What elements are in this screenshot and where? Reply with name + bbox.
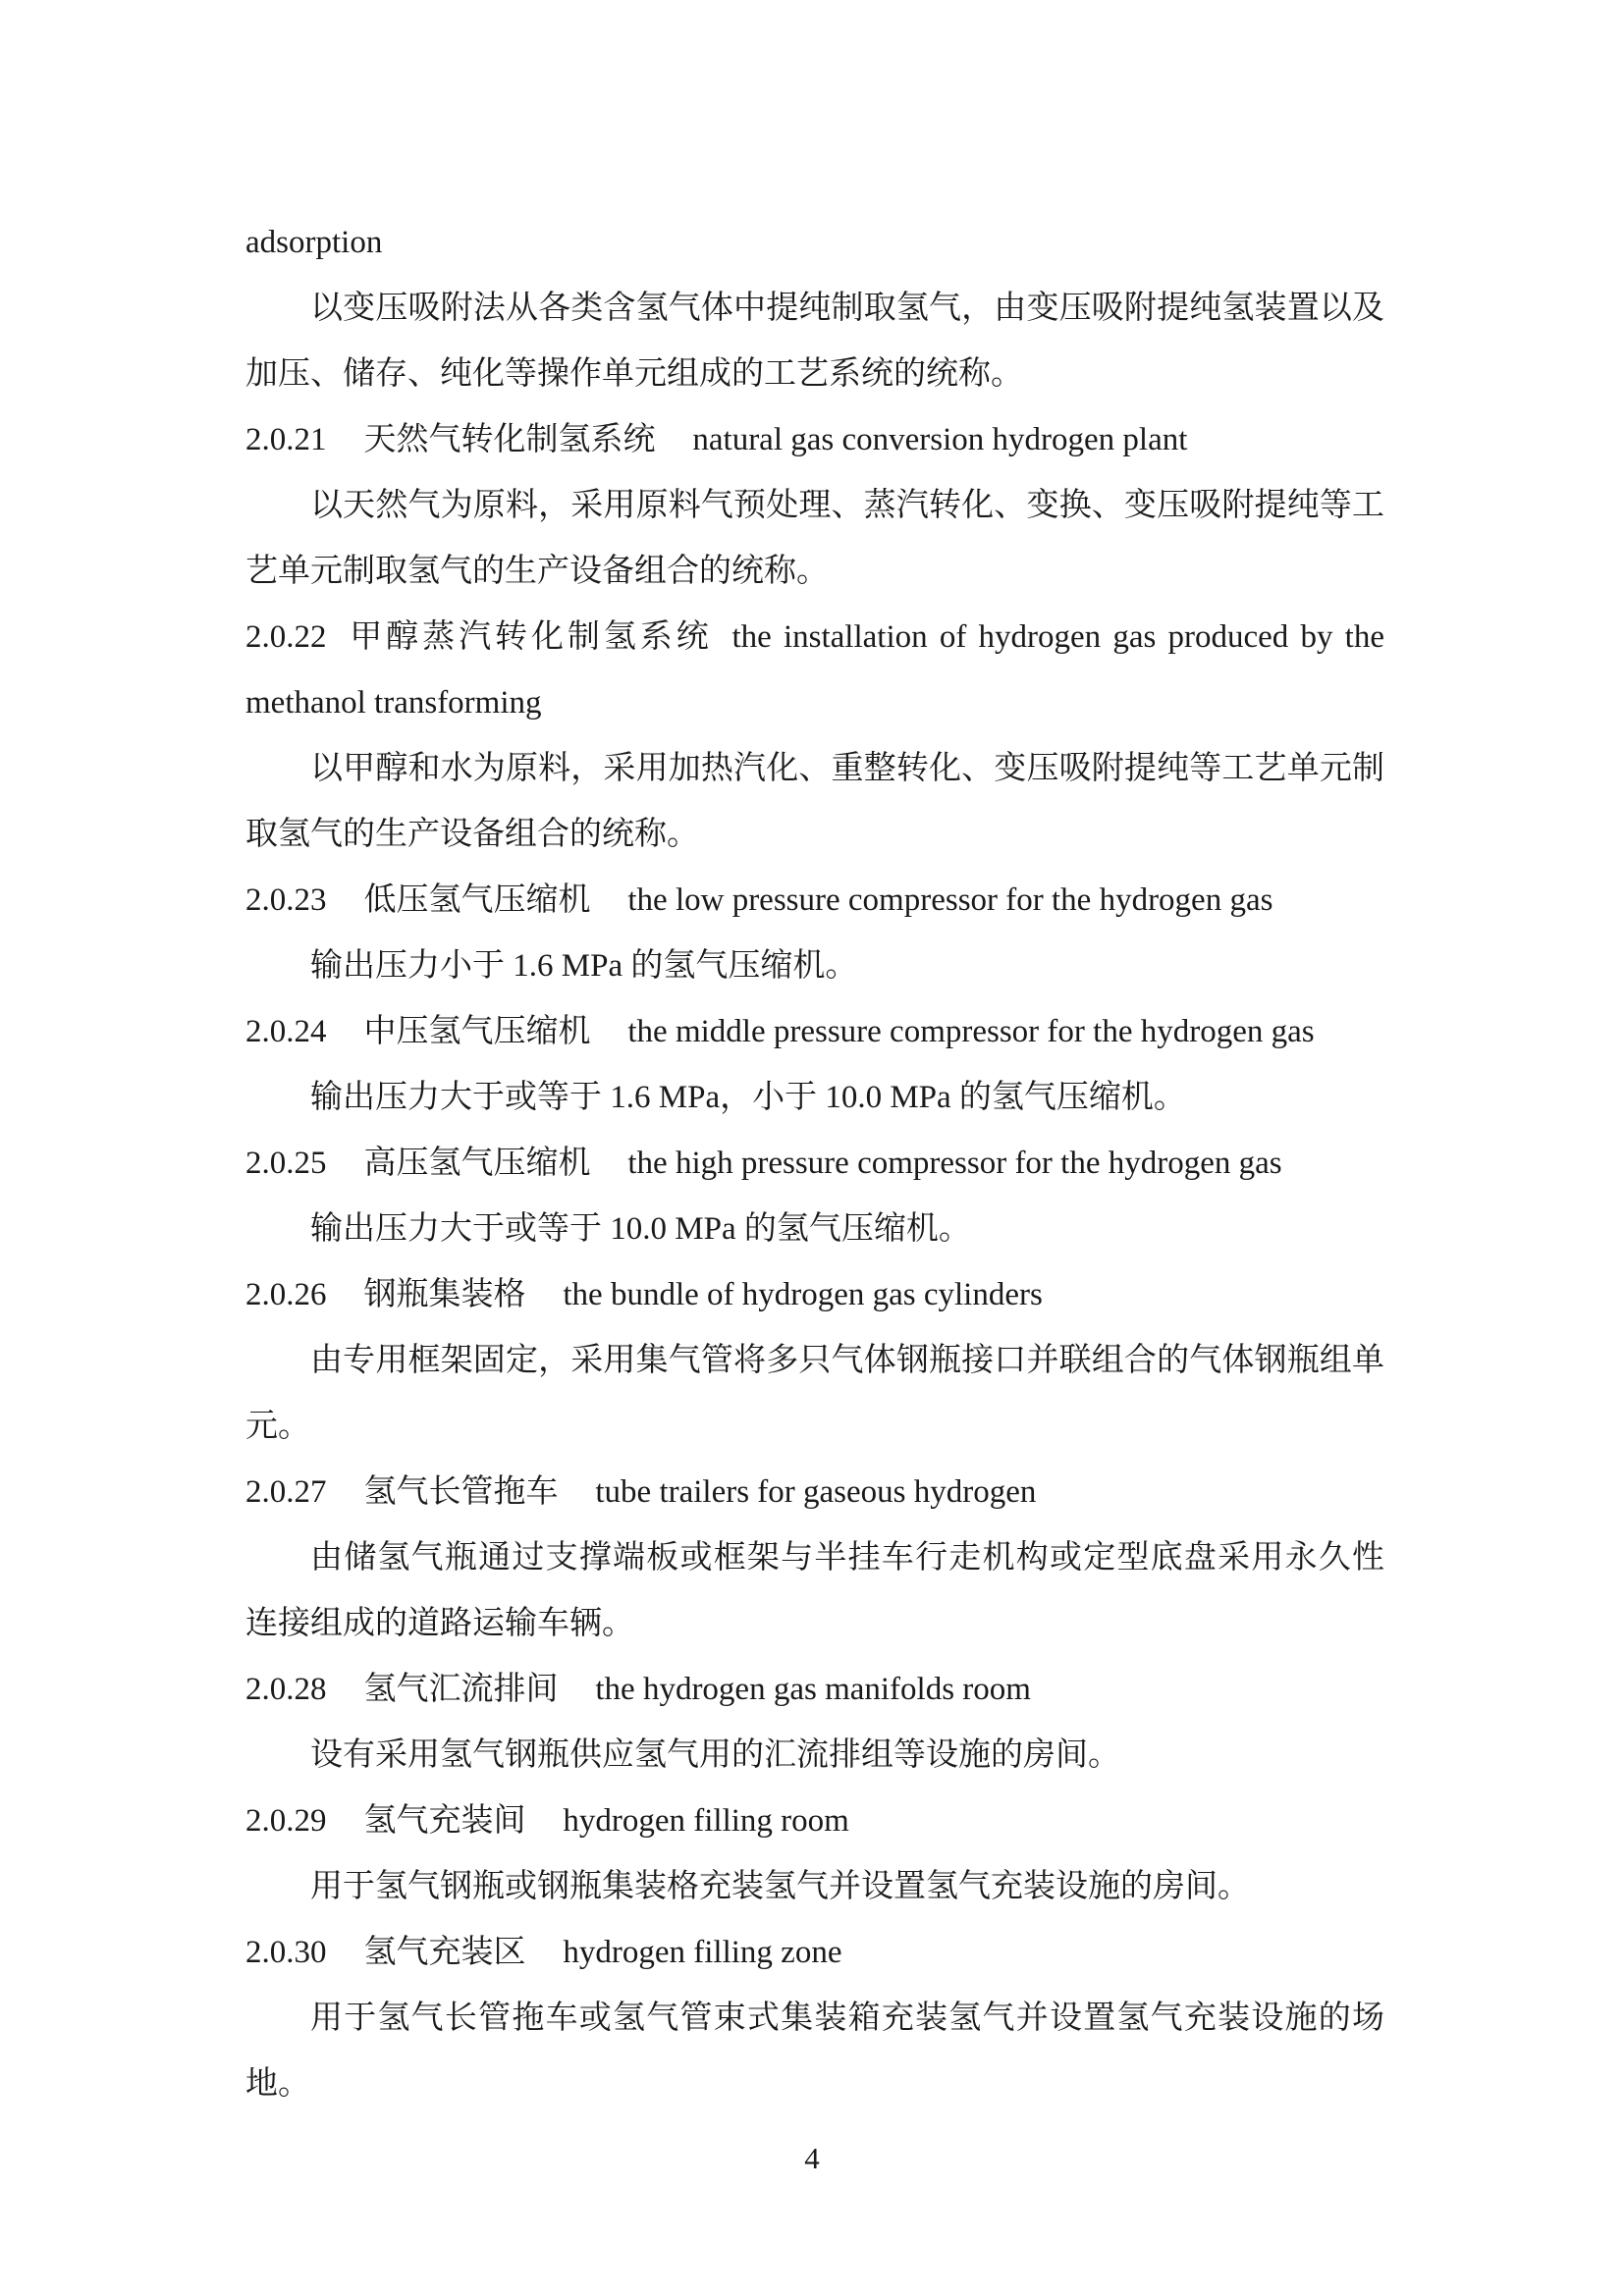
term-line: 2.0.29氢气充装间hydrogen filling room [245, 1789, 1384, 1854]
document-page: adsorption 以变压吸附法从各类含氢气体中提纯制取氢气，由变压吸附提纯氢… [0, 0, 1624, 2296]
term-number: 2.0.28 [245, 1672, 327, 1707]
text-line: 由专用框架固定，采用集气管将多只气体钢瓶接口并联组合的气体钢瓶组单 [245, 1328, 1384, 1394]
text-line: adsorption [245, 210, 1384, 276]
term-line: 2.0.22甲醇蒸汽转化制氢系统the installation of hydr… [245, 605, 1384, 670]
term-line: 2.0.24中压氢气压缩机the middle pressure compres… [245, 999, 1384, 1065]
term-zh: 天然气转化制氢系统 [363, 422, 655, 457]
text-line: methanol transforming [245, 670, 1384, 736]
text-line: 输出压力大于或等于 1.6 MPa，小于 10.0 MPa 的氢气压缩机。 [245, 1065, 1384, 1131]
term-zh: 氢气汇流排间 [363, 1672, 558, 1707]
term-en: the bundle of hydrogen gas cylinders [563, 1277, 1042, 1312]
term-en: natural gas conversion hydrogen plant [692, 422, 1187, 457]
term-zh: 中压氢气压缩机 [363, 1014, 590, 1049]
term-en: hydrogen filling room [563, 1803, 848, 1839]
term-zh: 低压氢气压缩机 [363, 882, 590, 918]
term-en: tube trailers for gaseous hydrogen [595, 1474, 1036, 1510]
text-line: 由储氢气瓶通过支撑端板或框架与半挂车行走机构或定型底盘采用永久性 [245, 1525, 1384, 1591]
page-content: adsorption 以变压吸附法从各类含氢气体中提纯制取氢气，由变压吸附提纯氢… [245, 210, 1384, 2117]
term-line: 2.0.26钢瓶集装格the bundle of hydrogen gas cy… [245, 1262, 1384, 1328]
term-en: the hydrogen gas manifolds room [595, 1672, 1031, 1707]
text-line: 输出压力小于 1.6 MPa 的氢气压缩机。 [245, 934, 1384, 999]
term-line: 2.0.28氢气汇流排间the hydrogen gas manifolds r… [245, 1657, 1384, 1723]
text-line: 连接组成的道路运输车辆。 [245, 1591, 1384, 1657]
term-line: 2.0.30氢气充装区hydrogen filling zone [245, 1920, 1384, 1986]
text-line: 以变压吸附法从各类含氢气体中提纯制取氢气，由变压吸附提纯氢装置以及 [245, 276, 1384, 342]
term-number: 2.0.26 [245, 1277, 327, 1312]
term-number: 2.0.21 [245, 422, 327, 457]
term-zh: 钢瓶集装格 [363, 1277, 525, 1312]
text-line: 艺单元制取氢气的生产设备组合的统称。 [245, 539, 1384, 605]
term-en: the installation of hydrogen gas produce… [731, 619, 1384, 655]
term-en: the high pressure compressor for the hyd… [627, 1146, 1281, 1181]
term-number: 2.0.25 [245, 1146, 327, 1181]
term-number: 2.0.22 [245, 619, 327, 655]
term-zh: 氢气长管拖车 [363, 1474, 558, 1510]
term-en: the middle pressure compressor for the h… [627, 1014, 1314, 1049]
term-zh: 高压氢气压缩机 [363, 1146, 590, 1181]
text-line: 地。 [245, 2052, 1384, 2117]
term-zh: 氢气充装区 [363, 1935, 525, 1970]
term-line: 2.0.21天然气转化制氢系统natural gas conversion hy… [245, 407, 1384, 473]
text-line: 输出压力大于或等于 10.0 MPa 的氢气压缩机。 [245, 1197, 1384, 1262]
text-line: 加压、储存、纯化等操作单元组成的工艺系统的统称。 [245, 342, 1384, 407]
term-number: 2.0.29 [245, 1803, 327, 1839]
term-zh: 甲醇蒸汽转化制氢系统 [346, 619, 712, 655]
term-line: 2.0.25高压氢气压缩机the high pressure compresso… [245, 1131, 1384, 1197]
term-line: 2.0.27氢气长管拖车tube trailers for gaseous hy… [245, 1460, 1384, 1525]
text-line: 设有采用氢气钢瓶供应氢气用的汇流排组等设施的房间。 [245, 1723, 1384, 1789]
footer: 4 [0, 2125, 1624, 2191]
text-line: 元。 [245, 1394, 1384, 1460]
page-number: 4 [804, 2141, 820, 2175]
text-line: 以甲醇和水为原料，采用加热汽化、重整转化、变压吸附提纯等工艺单元制 [245, 736, 1384, 802]
text-line: 以天然气为原料，采用原料气预处理、蒸汽转化、变换、变压吸附提纯等工 [245, 473, 1384, 539]
term-line: 2.0.23低压氢气压缩机the low pressure compressor… [245, 868, 1384, 934]
term-zh: 氢气充装间 [363, 1803, 525, 1839]
text-line: 用于氢气钢瓶或钢瓶集装格充装氢气并设置氢气充装设施的房间。 [245, 1854, 1384, 1920]
text-line: 用于氢气长管拖车或氢气管束式集装箱充装氢气并设置氢气充装设施的场 [245, 1986, 1384, 2052]
term-number: 2.0.23 [245, 882, 327, 918]
term-number: 2.0.24 [245, 1014, 327, 1049]
term-number: 2.0.30 [245, 1935, 327, 1970]
term-en: hydrogen filling zone [563, 1935, 841, 1970]
term-en: the low pressure compressor for the hydr… [627, 882, 1272, 918]
term-number: 2.0.27 [245, 1474, 327, 1510]
text-line: 取氢气的生产设备组合的统称。 [245, 802, 1384, 868]
